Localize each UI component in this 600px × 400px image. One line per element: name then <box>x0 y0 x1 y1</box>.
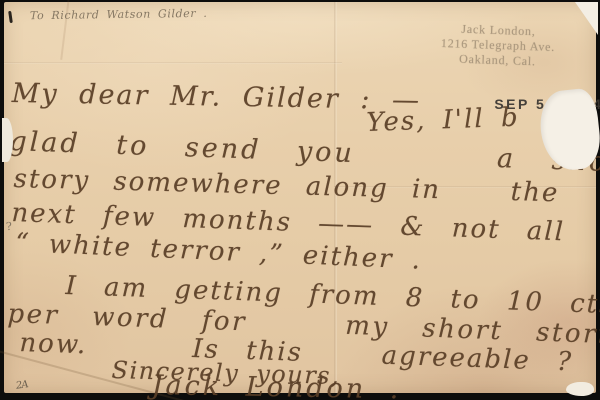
pencil-question-mark: ? <box>5 220 12 233</box>
body-line-salutation: My dear Mr. Gilder : — <box>11 78 421 116</box>
letter-scan: To Richard Watson Gilder . Jack London, … <box>0 0 600 400</box>
horizontal-fold-crease-left <box>4 62 342 64</box>
letterhead-stamp: Jack London, 1216 Telegraph Ave. Oakland… <box>415 20 580 71</box>
body-line-signature: Jack London . <box>151 370 401 400</box>
body-line-1b: Yes, I'll b <box>366 103 520 138</box>
letter-paper: To Richard Watson Gilder . Jack London, … <box>4 2 596 393</box>
edge-ink-mark <box>8 11 13 23</box>
date-stamp-year: 1904 <box>562 96 600 112</box>
pencil-inscription: To Richard Watson Gilder . <box>30 7 208 22</box>
pencil-corner-code: 2A <box>15 379 28 392</box>
